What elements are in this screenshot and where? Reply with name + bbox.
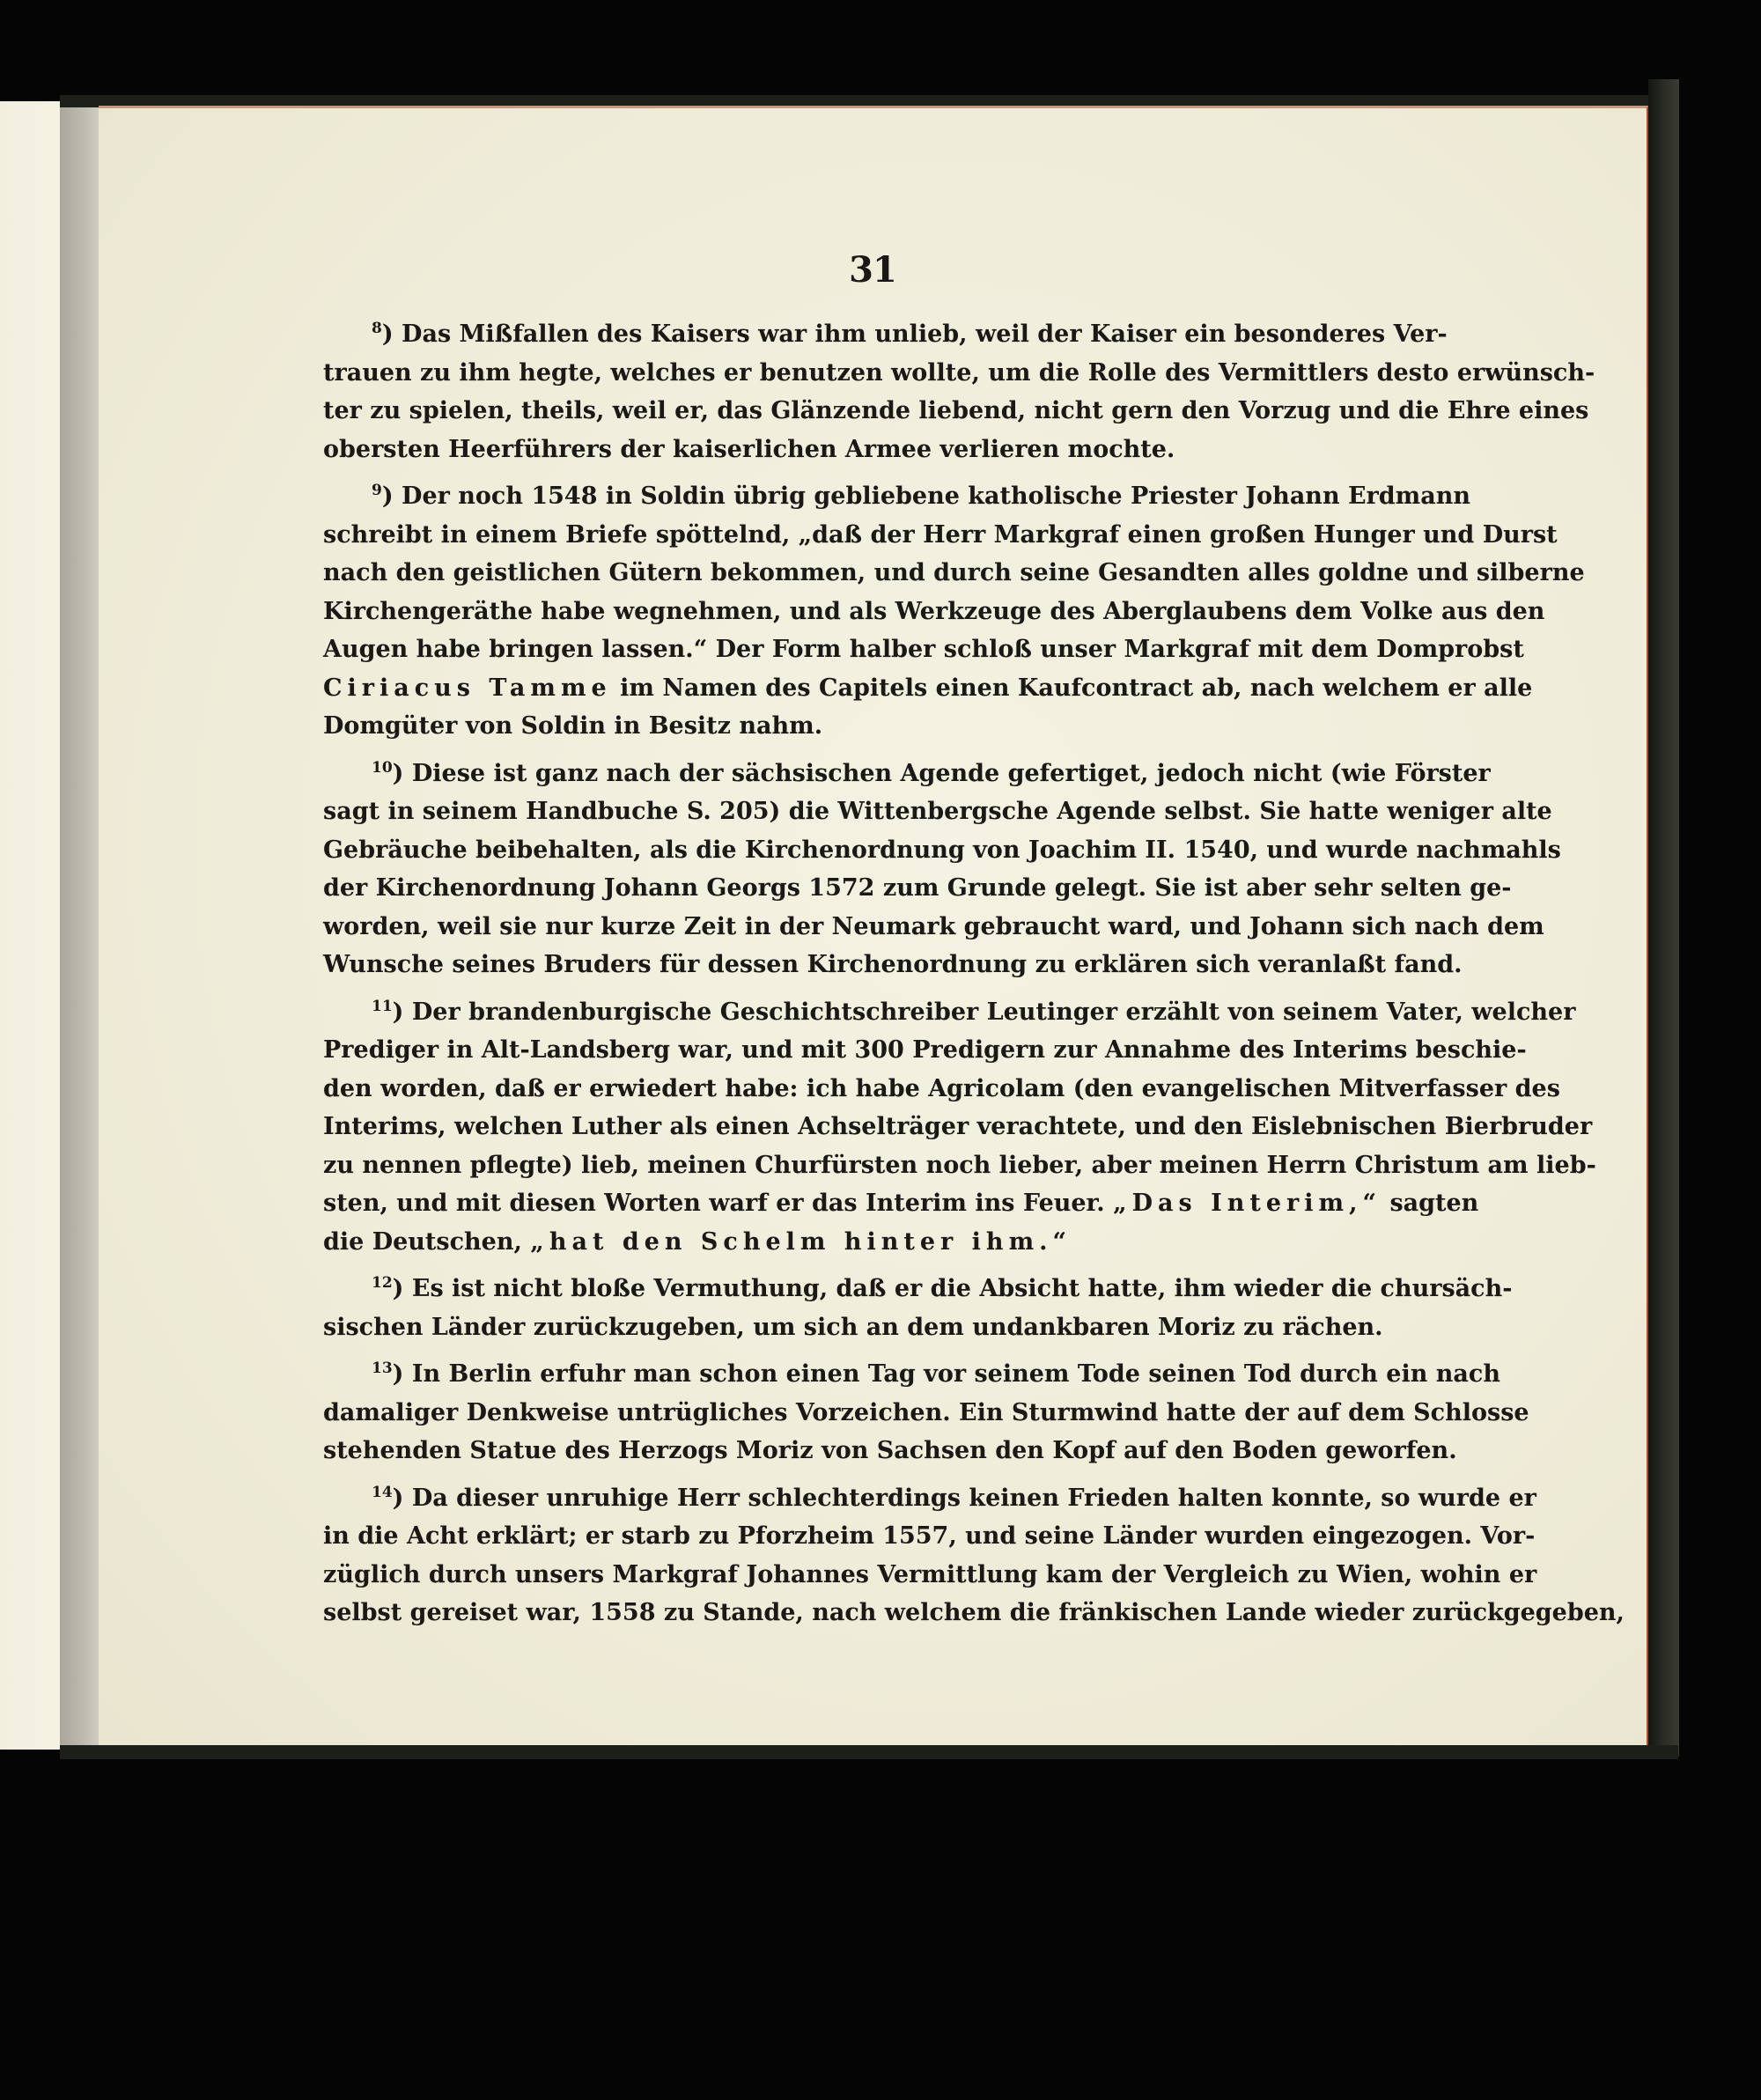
footnote-line: sagt in seinem Handbuche S. 205) die Wit… [275, 792, 1428, 831]
footnote-line: Ciriacus Tamme im Namen des Capitels ein… [275, 669, 1428, 708]
footnote-line: Gebräuche beibehalten, als die Kirchenor… [275, 831, 1428, 870]
footnote-line: 13) In Berlin erfuhr man schon einen Tag… [275, 1355, 1428, 1394]
footnote-line: damaliger Denkweise untrügliches Vorzeic… [275, 1394, 1428, 1433]
footnote-line: sten, und mit diesen Worten warf er das … [275, 1184, 1428, 1223]
footnote-line: Kirchengeräthe habe wegnehmen, und als W… [275, 593, 1428, 631]
footnote-number: 13 [372, 1359, 393, 1377]
footnote-line: der Kirchenordnung Johann Georgs 1572 zu… [275, 869, 1428, 908]
footnote-line: Augen habe bringen lassen.“ Der Form hal… [275, 630, 1428, 669]
footnote-13: 13) In Berlin erfuhr man schon einen Tag… [275, 1355, 1428, 1470]
emphasized-quote: „Das Interim,“ [1113, 1190, 1382, 1217]
footnote-line: Interims, welchen Luther als einen Achse… [275, 1108, 1428, 1146]
footnote-number: 10 [372, 759, 393, 777]
footnote-14: 14) Da dieser unruhige Herr schlechterdi… [275, 1479, 1428, 1632]
binding-bottom-edge [60, 1745, 1678, 1759]
footnote-number: 14 [372, 1484, 393, 1501]
footnote-8: 8) Das Mißfallen des Kaisers war ihm unl… [275, 315, 1428, 468]
footnote-10: 10) Diese ist ganz nach der sächsischen … [275, 755, 1428, 984]
footnote-line: Domgüter von Soldin in Besitz nahm. [275, 707, 1428, 746]
footnote-11: 11) Der brandenburgische Geschichtschrei… [275, 993, 1428, 1262]
gutter-shadow [60, 106, 99, 1746]
footnote-number: 8 [372, 320, 382, 337]
footnote-line: Wunsche seines Bruders für dessen Kirche… [275, 946, 1428, 984]
facing-page-edge [0, 101, 60, 1750]
page-number: 31 [99, 249, 1647, 291]
footnote-line: obersten Heerführers der kaiserlichen Ar… [275, 431, 1428, 469]
emphasized-quote: „hat den Schelm hinter ihm.“ [530, 1228, 1072, 1256]
footnote-line: schreibt in einem Briefe spöttelnd, „daß… [275, 516, 1428, 555]
footnote-line: 11) Der brandenburgische Geschichtschrei… [275, 993, 1428, 1032]
emphasized-name: Ciriacus Tamme [323, 674, 612, 702]
footnotes-body: 8) Das Mißfallen des Kaisers war ihm unl… [275, 315, 1428, 1641]
footnote-line: trauen zu ihm hegte, welches er benutzen… [275, 354, 1428, 393]
footnote-line: 14) Da dieser unruhige Herr schlechterdi… [275, 1479, 1428, 1518]
footnote-line: 9) Der noch 1548 in Soldin übrig geblieb… [275, 477, 1428, 516]
footnote-number: 9 [372, 482, 382, 499]
binding-right-edge [1648, 79, 1679, 1757]
footnote-line: nach den geistlichen Gütern bekommen, un… [275, 554, 1428, 593]
book-page: 31 8) Das Mißfallen des Kaisers war ihm … [99, 106, 1648, 1745]
footnote-line: zu nennen pflegte) lieb, meinen Churfürs… [275, 1146, 1428, 1185]
footnote-line: 10) Diese ist ganz nach der sächsischen … [275, 755, 1428, 793]
footnote-line: züglich durch unsers Markgraf Johannes V… [275, 1556, 1428, 1595]
footnote-12: 12) Es ist nicht bloße Vermuthung, daß e… [275, 1270, 1428, 1346]
footnote-number: 11 [372, 998, 393, 1015]
footnote-line: stehenden Statue des Herzogs Moriz von S… [275, 1432, 1428, 1470]
footnote-line: selbst gereiset war, 1558 zu Stande, nac… [275, 1594, 1428, 1632]
footnote-line: Prediger in Alt-Landsberg war, und mit 3… [275, 1031, 1428, 1070]
footnote-line: ter zu spielen, theils, weil er, das Glä… [275, 392, 1428, 431]
footnote-line: die Deutschen, „hat den Schelm hinter ih… [275, 1223, 1428, 1262]
footnote-line: 8) Das Mißfallen des Kaisers war ihm unl… [275, 315, 1428, 354]
footnote-line: in die Acht erklärt; er starb zu Pforzhe… [275, 1517, 1428, 1556]
footnote-line: sischen Länder zurückzugeben, um sich an… [275, 1308, 1428, 1347]
footnote-line: worden, weil sie nur kurze Zeit in der N… [275, 908, 1428, 947]
footnote-line: 12) Es ist nicht bloße Vermuthung, daß e… [275, 1270, 1428, 1308]
footnote-9: 9) Der noch 1548 in Soldin übrig geblieb… [275, 477, 1428, 746]
footnote-number: 12 [372, 1274, 393, 1292]
footnote-line: den worden, daß er erwiedert habe: ich h… [275, 1070, 1428, 1109]
